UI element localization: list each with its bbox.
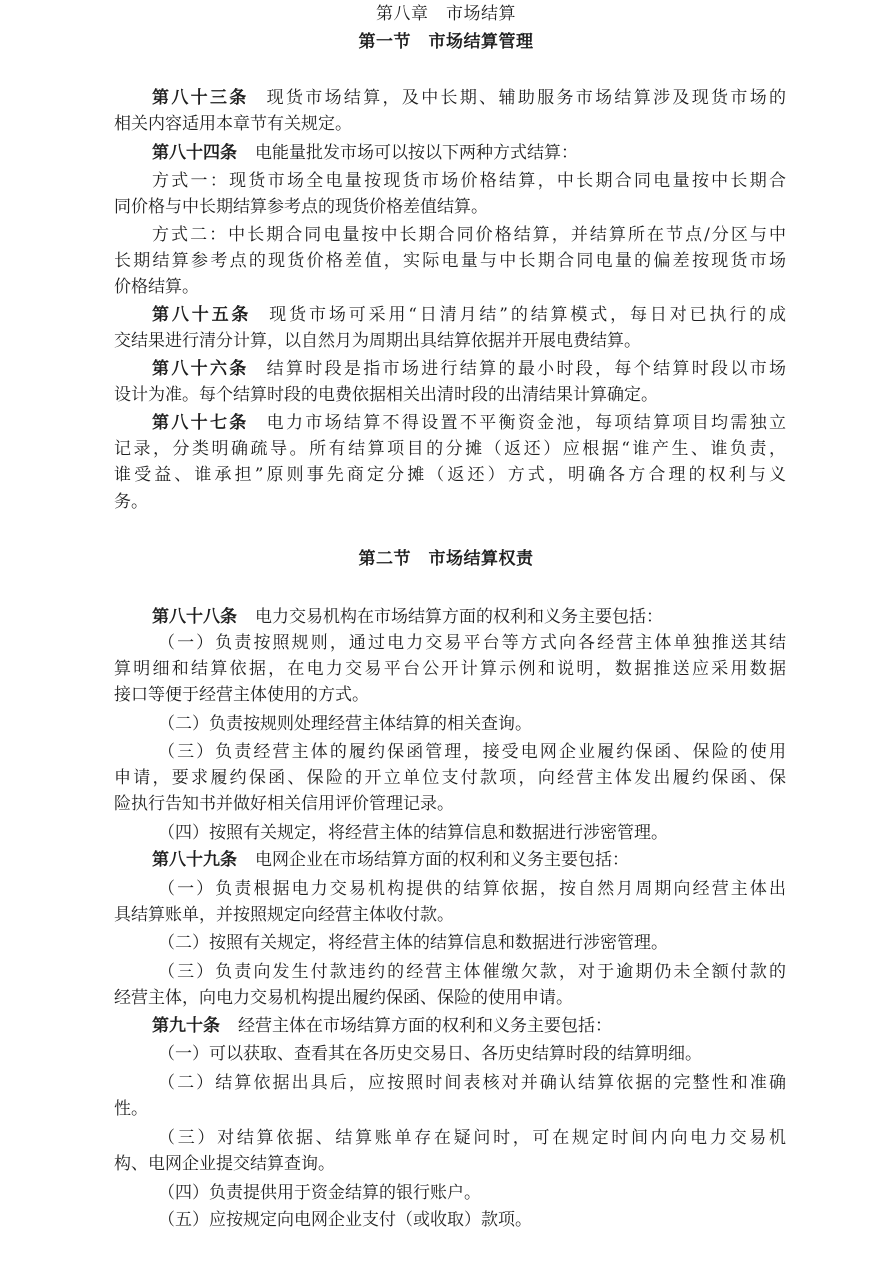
article-number: 第九十条	[152, 1016, 220, 1036]
article-88-item-2: （二）负责按规则处理经营主体结算的相关查询。	[158, 711, 786, 737]
article-88-line-1: 第八十八条电力交易机构在市场结算方面的权利和义务主要包括：	[152, 604, 786, 630]
article-84-mode-1-line-2: 同价格与中长期结算参考点的现货价格差值结算。	[114, 194, 786, 220]
article-90-item-3-line-1: （三）对结算依据、结算账单存在疑问时，可在规定时间内向电力交易机	[158, 1125, 786, 1151]
section-title-2: 第二节 市场结算权责	[0, 546, 892, 572]
article-85-line-1: 第八十五条现货市场可采用“日清月结”的结算模式，每日对已执行的成	[152, 302, 786, 328]
article-87-line-1: 第八十七条电力市场结算不得设置不平衡资金池，每项结算项目均需独立	[152, 410, 786, 436]
article-84-mode-1-line-1: 方式一：现货市场全电量按现货市场价格结算，中长期合同电量按中长期合	[152, 168, 786, 194]
chapter-title: 第八章 市场结算	[0, 1, 892, 27]
article-85-line-2: 交结果进行清分计算，以自然月为周期出具结算依据并开展电费结算。	[114, 328, 786, 354]
article-84-line-1: 第八十四条电能量批发市场可以按以下两种方式结算：	[152, 140, 786, 166]
article-89-item-3-line-1: （三）负责向发生付款违约的经营主体催缴欠款，对于逾期仍未全额付款的	[158, 959, 786, 985]
article-89-line-1: 第八十九条电网企业在市场结算方面的权利和义务主要包括：	[152, 847, 786, 873]
article-88-item-3-line-3: 险执行告知书并做好相关信用评价管理记录。	[114, 791, 786, 817]
article-number: 第八十九条	[152, 850, 237, 870]
article-88-item-3-line-1: （三）负责经营主体的履约保函管理，接受电网企业履约保函、保险的使用	[158, 739, 786, 765]
article-88-item-1-line-1: （一）负责按照规则，通过电力交易平台等方式向各经营主体单独推送其结	[158, 630, 786, 656]
article-90-item-2-line-2: 性。	[114, 1096, 786, 1122]
section-title-1: 第一节 市场结算管理	[0, 29, 892, 55]
article-90-line-1: 第九十条经营主体在市场结算方面的权利和义务主要包括：	[152, 1013, 786, 1039]
article-87-line-4: 务。	[114, 489, 786, 515]
article-89-item-2: （二）按照有关规定，将经营主体的结算信息和数据进行涉密管理。	[158, 930, 786, 956]
article-number: 第八十六条	[152, 359, 249, 379]
article-86-line-2: 设计为准。每个结算时段的电费依据相关出清时段的出清结果计算确定。	[114, 382, 786, 408]
article-90-item-5: （五）应按规定向电网企业支付（或收取）款项。	[158, 1207, 786, 1233]
article-88-item-4: （四）按照有关规定，将经营主体的结算信息和数据进行涉密管理。	[158, 820, 786, 846]
article-number: 第八十七条	[152, 413, 249, 433]
article-90-item-1: （一）可以获取、查看其在各历史交易日、各历史结算时段的结算明细。	[158, 1041, 786, 1067]
article-83-line-2: 相关内容适用本章节有关规定。	[114, 111, 786, 137]
article-87-line-2: 记录，分类明确疏导。所有结算项目的分摊（返还）应根据“谁产生、谁负责，	[114, 436, 786, 462]
article-83-line-1: 第八十三条现货市场结算，及中长期、辅助服务市场结算涉及现货市场的	[152, 85, 786, 111]
article-84-mode-2-line-3: 价格结算。	[114, 274, 786, 300]
article-90-item-4: （四）负责提供用于资金结算的银行账户。	[158, 1180, 786, 1206]
article-87-line-3: 谁受益、谁承担”原则事先商定分摊（返还）方式，明确各方合理的权利与义	[114, 462, 786, 488]
article-84-mode-2-line-1: 方式二：中长期合同电量按中长期合同价格结算，并结算所在节点/分区与中	[152, 222, 786, 248]
article-88-item-1-line-2: 算明细和结算依据，在电力交易平台公开计算示例和说明，数据推送应采用数据	[114, 656, 786, 682]
article-number: 第八十三条	[152, 88, 249, 108]
article-number: 第八十四条	[152, 143, 237, 163]
article-number: 第八十五条	[152, 305, 251, 325]
document-page: 第八章 市场结算 第一节 市场结算管理 第八十三条现货市场结算，及中长期、辅助服…	[0, 0, 892, 1262]
article-89-item-1-line-2: 具结算账单，并按照规定向经营主体收付款。	[114, 902, 786, 928]
article-90-item-2-line-1: （二）结算依据出具后，应按照时间表核对并确认结算依据的完整性和准确	[158, 1070, 786, 1096]
article-86-line-1: 第八十六条结算时段是指市场进行结算的最小时段，每个结算时段以市场	[152, 356, 786, 382]
article-84-mode-2-line-2: 长期结算参考点的现货价格差值，实际电量与中长期合同电量的偏差按现货市场	[114, 248, 786, 274]
article-88-item-3-line-2: 申请，要求履约保函、保险的开立单位支付款项，向经营主体发出履约保函、保	[114, 765, 786, 791]
article-89-item-1-line-1: （一）负责根据电力交易机构提供的结算依据，按自然月周期向经营主体出	[158, 876, 786, 902]
article-90-item-3-line-2: 构、电网企业提交结算查询。	[114, 1151, 786, 1177]
article-88-item-1-line-3: 接口等便于经营主体使用的方式。	[114, 682, 786, 708]
article-number: 第八十八条	[152, 607, 237, 627]
article-89-item-3-line-2: 经营主体，向电力交易机构提出履约保函、保险的使用申请。	[114, 985, 786, 1011]
